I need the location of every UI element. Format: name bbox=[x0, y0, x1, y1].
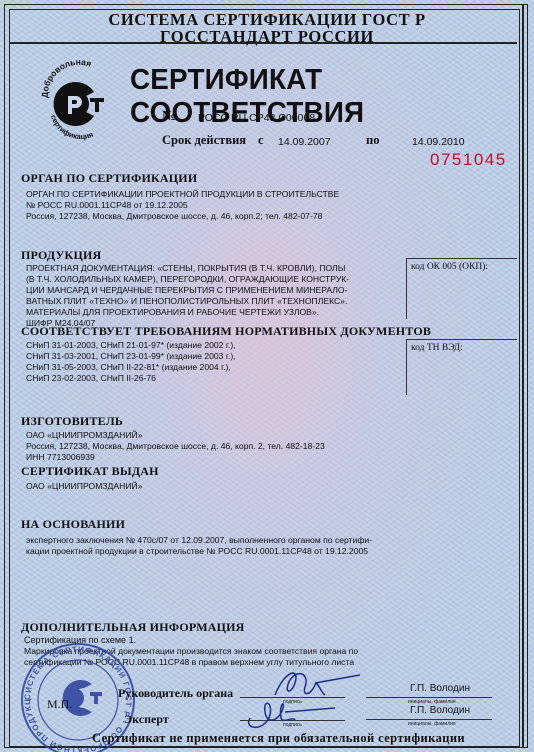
product-line: ЦИИ МАНСАРД И ЧЕРДАЧНЫЕ ПЕРЕКРЫТИЯ С ПРИ… bbox=[26, 285, 347, 296]
basis-heading: НА ОСНОВАНИИ bbox=[21, 517, 125, 532]
okp-code-box: код ОК 005 (ОКП): bbox=[406, 258, 517, 319]
head-name: Г.П. Володин bbox=[410, 683, 470, 694]
number-label: № bbox=[162, 109, 176, 125]
system-title-line2: ГОССТАНДАРТ РОССИИ bbox=[0, 27, 534, 47]
footer-note: Сертификат не применяется при обязательн… bbox=[92, 731, 465, 746]
certificate-number: РОСС RU.СР48.С00068 bbox=[198, 112, 315, 124]
compliance-line: СНиП 31-05-2003, СНиП II-22-81* (издание… bbox=[26, 362, 231, 373]
validity-from-label: с bbox=[258, 133, 264, 148]
basis-line: кации проектной продукции в строительств… bbox=[26, 546, 368, 557]
basis-line: экспертного заключения № 470с/07 от 12.0… bbox=[26, 535, 372, 546]
validity-to-label: по bbox=[366, 133, 379, 148]
validity-to-date: 14.09.2010 bbox=[412, 136, 465, 148]
rst-logo-icon: Добровольная сертификация bbox=[38, 60, 120, 142]
expert-name-caption: инициалы, фамилия bbox=[408, 721, 456, 727]
validity-from-date: 14.09.2007 bbox=[278, 136, 331, 148]
product-line: ВАТНЫХ ПЛИТ «ТЕХНО» И ПЕНОПОЛИСТИРОЛЬНЫХ… bbox=[26, 296, 347, 307]
expert-name-line bbox=[366, 719, 492, 720]
certificate-title: СЕРТИФИКАТ СООТВЕТСТВИЯ bbox=[130, 64, 518, 130]
expert-label: Эксперт bbox=[124, 712, 169, 727]
tnved-code-box: код ТН ВЭД: bbox=[406, 339, 517, 395]
head-name-line bbox=[366, 697, 492, 698]
expert-signature-icon bbox=[235, 690, 345, 735]
compliance-line: СНиП 31-03-2001, СНиП 23-01-99* (издание… bbox=[26, 351, 236, 362]
certification-body-line: № РОСС RU.0001.11СР48 от 19.12.2005 bbox=[26, 200, 188, 211]
product-line: МАТЕРИАЛЫ ДЛЯ ПРОЕКТИРОВАНИЯ И РАБОЧИЕ Ч… bbox=[26, 307, 319, 318]
certification-body-line: ОРГАН ПО СЕРТИФИКАЦИИ ПРОЕКТНОЙ ПРОДУКЦИ… bbox=[26, 189, 339, 200]
manufacturer-line: ОАО «ЦНИИПРОМЗДАНИЙ» bbox=[26, 430, 142, 441]
head-of-body-label: Руководитель органа bbox=[118, 686, 233, 701]
compliance-line: СНиП 23-02-2003, СНиП II-26-76 bbox=[26, 373, 156, 384]
product-line: ПРОЕКТНАЯ ДОКУМЕНТАЦИЯ: «СТЕНЫ, ПОКРЫТИЯ… bbox=[26, 263, 345, 274]
manufacturer-line: Россия, 127238, Москва, Дмитровское шосс… bbox=[26, 441, 325, 452]
certification-body-line: Россия, 127238, Москва, Дмитровское шосс… bbox=[26, 211, 322, 222]
manufacturer-line: ИНН 7713006939 bbox=[26, 452, 95, 463]
product-heading: ПРОДУКЦИЯ bbox=[21, 248, 101, 263]
issued-to-heading: СЕРТИФИКАТ ВЫДАН bbox=[21, 464, 159, 479]
additional-info-heading: ДОПОЛНИТЕЛЬНАЯ ИНФОРМАЦИЯ bbox=[21, 620, 245, 635]
product-line: (В Т.Ч. ХОЛОДИЛЬНЫХ КАМЕР), ПЕРЕГОРОДКИ,… bbox=[26, 274, 349, 285]
right-border-line bbox=[522, 4, 524, 748]
manufacturer-heading: ИЗГОТОВИТЕЛЬ bbox=[21, 414, 123, 429]
validity-label: Срок действия bbox=[162, 133, 246, 148]
compliance-line: СНиП 31-01-2003, СНиП 21-01-97* (издание… bbox=[26, 340, 236, 351]
certification-body-heading: ОРГАН ПО СЕРТИФИКАЦИИ bbox=[21, 171, 197, 186]
okp-code-label: код ОК 005 (ОКП): bbox=[411, 262, 488, 272]
expert-name: Г.П. Володин bbox=[410, 705, 470, 716]
stamp-place-label: М.П. bbox=[47, 697, 72, 712]
compliance-heading: СООТВЕТСТВУЕТ ТРЕБОВАНИЯМ НОРМАТИВНЫХ ДО… bbox=[21, 324, 431, 339]
tnved-code-label: код ТН ВЭД: bbox=[411, 343, 463, 353]
serial-number: 0751045 bbox=[430, 150, 507, 170]
issued-to-line: ОАО «ЦНИИПРОМЗДАНИЙ» bbox=[26, 481, 142, 492]
